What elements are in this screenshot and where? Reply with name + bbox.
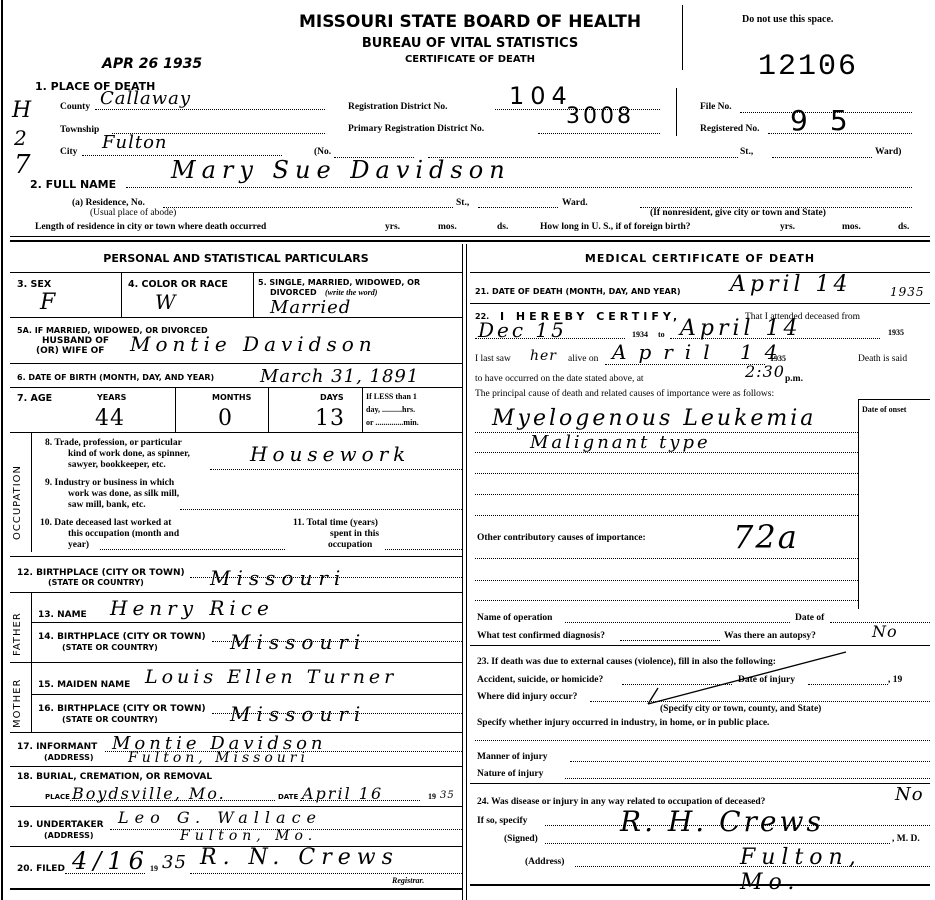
age-years-label: YEARS <box>97 393 126 402</box>
header-divider-lower <box>676 88 677 136</box>
other-cause-line-2[interactable] <box>475 580 858 581</box>
color-divider <box>253 272 254 317</box>
color-label: 4. COLOR OR RACE <box>128 279 228 290</box>
father-birthplace-label: 14. BIRTHPLACE (CITY OR TOWN) <box>38 632 206 642</box>
signed-field[interactable] <box>545 843 890 844</box>
cause-line-3[interactable] <box>475 473 858 474</box>
row-rule-22 <box>470 645 930 646</box>
informant-address-value[interactable]: Fulton, Missouri <box>128 750 309 766</box>
row-rule-13 <box>31 622 462 623</box>
date-onset-box <box>858 399 930 609</box>
medical-rule <box>470 272 930 273</box>
burial-year-value: 35 <box>440 790 455 801</box>
primary-registration-district-field[interactable]: 3008 <box>538 112 660 134</box>
cause-line-1-value: Myelogenous Leukemia <box>492 406 816 431</box>
filed-date-value[interactable]: 4/16 <box>72 847 150 875</box>
birthplace-value: Missouri <box>210 566 346 590</box>
age-months-label: MONTHS <box>212 393 251 402</box>
margin-note-1: H <box>12 98 32 123</box>
registered-no-label: Registered No. <box>700 124 759 134</box>
foreign-ds-label: ds. <box>898 222 909 232</box>
mother-side-label: MOTHER <box>12 666 23 728</box>
father-side-label: FATHER <box>12 598 23 656</box>
mother-side-divider <box>31 662 32 732</box>
date-of-death-value[interactable]: April 14 <box>730 272 852 297</box>
do-not-use-note: Do not use this space. <box>742 14 833 25</box>
occurred-label: to have occurred on the date stated abov… <box>475 374 644 384</box>
registrar-signature: R. N. Crews <box>200 845 399 870</box>
registered-no-field[interactable]: 95 <box>768 112 912 134</box>
physician-address: Fulton, Mo. <box>740 845 935 895</box>
burial-place-value[interactable]: Boydsville, Mo. <box>72 784 226 803</box>
residence-label: (a) Residence, No. <box>72 198 145 208</box>
age-days-value[interactable]: 13 <box>315 406 345 431</box>
last-saw-date-field[interactable] <box>605 364 765 365</box>
less-than-min: or ..............min. <box>366 418 419 427</box>
foreign-mos-label: mos. <box>842 222 861 232</box>
length-residence-label: Length of residence in city or town wher… <box>35 222 266 232</box>
manner-field[interactable] <box>570 761 930 762</box>
spouse-label-3: (OR) WIFE OF <box>36 346 104 356</box>
received-stamp: APR 26 1935 <box>102 56 202 72</box>
county-label: County <box>60 102 90 112</box>
street-st-label: St., <box>740 147 753 157</box>
residence-st-label: St., <box>456 198 469 208</box>
marital-value[interactable]: Married <box>270 297 351 318</box>
specify-label: Specify whether injury occurred in indus… <box>477 718 769 728</box>
sex-divider <box>121 272 122 317</box>
sex-label: 3. SEX <box>17 279 51 290</box>
city-label: City <box>60 147 77 157</box>
date-of-death-year[interactable]: 1935 <box>890 285 925 299</box>
father-name-value[interactable]: Henry Rice <box>110 596 274 620</box>
total-time-label-2: spent in this <box>330 529 379 539</box>
age-divider-3 <box>362 387 363 432</box>
personal-rule <box>10 272 462 273</box>
row-rule-15 <box>31 694 462 695</box>
birthplace-sublabel: (STATE OR COUNTRY) <box>48 578 144 587</box>
father-birthplace-value: Missouri <box>230 630 366 654</box>
nonresident-note: (If nonresident, give city or town and S… <box>650 208 826 218</box>
age-years-value[interactable]: 44 <box>95 406 125 431</box>
date-onset-label: Date of onset <box>862 405 906 414</box>
mother-maiden-value[interactable]: Louis Ellen Turner <box>145 666 397 688</box>
attended-to-year[interactable]: 1935 <box>888 328 904 337</box>
spouse-label-2: HUSBAND OF <box>42 336 109 346</box>
row-rule-occupation <box>10 556 462 557</box>
foreign-birth-label: How long in U. S., if of foreign birth? <box>540 222 691 232</box>
death-said-label: Death is said <box>858 354 907 364</box>
residence-ward-field[interactable] <box>478 207 558 208</box>
filed-label: 20. FILED <box>17 864 65 874</box>
cause-line-5[interactable] <box>475 515 858 516</box>
primary-registration-district-label: Primary Registration District No. <box>348 124 484 134</box>
residence-field[interactable] <box>163 207 453 208</box>
marital-note: (write the word) <box>325 288 377 297</box>
file-no-label: File No. <box>700 102 732 112</box>
header-rule-2 <box>10 240 930 242</box>
bottom-rule-left <box>10 888 462 890</box>
where-label: Where did injury occur? <box>477 692 577 702</box>
margin-note-3: 7 <box>14 150 32 180</box>
mother-maiden-label: 15. MAIDEN NAME <box>38 680 130 690</box>
signed-label: (Signed) <box>504 834 538 844</box>
trade-label-2: kind of work done, as spinner, <box>68 449 190 459</box>
time-suffix: p.m. <box>785 374 803 384</box>
registered-no-value: 95 <box>790 104 870 137</box>
last-saw-date-value[interactable]: April 14 <box>612 340 789 364</box>
autopsy-value[interactable]: No <box>872 622 898 641</box>
row-rule-6 <box>10 387 462 388</box>
other-cause-line-3[interactable] <box>475 600 858 601</box>
full-name-field[interactable]: Mary Sue Davidson <box>126 164 912 188</box>
row-rule-7 <box>10 432 462 433</box>
occupation-side-divider <box>31 432 32 552</box>
less-than-hrs: day, ..........hrs. <box>366 405 415 414</box>
mother-birthplace-value: Missouri <box>230 702 366 726</box>
residence-yrs-label: yrs. <box>385 222 400 232</box>
burial-place-label: PLACE <box>45 793 70 801</box>
autopsy-label: Was there an autopsy? <box>724 631 816 641</box>
center-divider-2 <box>466 244 467 900</box>
burial-date-label: DATE <box>278 793 298 801</box>
full-name-value: Mary Sue Davidson <box>171 156 511 184</box>
ward-label: Ward) <box>875 147 901 157</box>
total-time-label-1: 11. Total time (years) <box>293 518 378 528</box>
father-name-label: 13. NAME <box>38 610 87 620</box>
cause-line-4[interactable] <box>475 494 858 495</box>
alive-on-label: alive on <box>568 354 598 364</box>
left-border <box>1 0 3 900</box>
city-value: Fulton <box>102 132 168 153</box>
physician-signature: R. H. Crews <box>620 805 824 838</box>
operation-date-label: Date of <box>795 613 824 623</box>
total-time-field[interactable] <box>385 549 462 550</box>
header-rule-1 <box>10 236 930 237</box>
margin-note-2: 2 <box>14 126 28 150</box>
registration-district-label: Registration District No. <box>348 102 447 112</box>
form-title: MISSOURI STATE BOARD OF HEALTH <box>270 12 670 32</box>
filed-year-value[interactable]: 35 <box>162 852 187 873</box>
total-time-label-3: occupation <box>328 540 372 550</box>
father-birthplace-sublabel: (STATE OR COUNTRY) <box>62 643 158 652</box>
date-of-death-label: 21. DATE OF DEATH (MONTH, DAY, AND YEAR) <box>475 287 681 296</box>
industry-label-3: saw mill, bank, etc. <box>68 500 146 510</box>
center-divider-1 <box>462 244 463 900</box>
industry-label-2: work was done, as silk mill, <box>68 489 179 499</box>
undertaker-address-value[interactable]: Fulton, Mo. <box>180 828 317 844</box>
sex-value[interactable]: F <box>40 290 56 315</box>
burial-date-value[interactable]: April 16 <box>302 784 383 803</box>
last-worked-label-3: year) <box>68 540 89 550</box>
test-field[interactable] <box>620 640 720 641</box>
registrar-field[interactable] <box>190 873 462 874</box>
marital-label-2: DIVORCED <box>270 288 317 297</box>
registration-district-value: 104 <box>509 82 573 110</box>
foreign-yrs-label: yrs. <box>780 222 795 232</box>
row-rule-5a <box>10 363 462 364</box>
last-worked-label-1: 10. Date deceased last worked at <box>40 518 171 528</box>
age-divider-2 <box>268 387 269 432</box>
industry-field[interactable] <box>180 509 462 510</box>
city-field[interactable]: Fulton <box>82 138 282 156</box>
if-so-label: If so, specify <box>477 816 527 826</box>
filed-year-prefix: 19 <box>150 864 158 873</box>
attended-from-year[interactable]: 1934 <box>632 330 648 339</box>
full-name-label: 2. FULL NAME <box>30 178 116 191</box>
address-label: (Address) <box>525 857 564 867</box>
other-causes-value[interactable]: 72a <box>733 518 799 556</box>
cause-line-2-value: Malignant type <box>530 432 711 453</box>
accident-label: Accident, suicide, or homicide? <box>477 675 603 685</box>
residence-mos-label: mos. <box>438 222 457 232</box>
age-months-value[interactable]: 0 <box>218 406 233 431</box>
last-saw-pronoun[interactable]: her <box>530 348 557 364</box>
informant-label: 17. INFORMANT <box>17 742 97 752</box>
row-rule-21 <box>470 303 930 304</box>
last-saw-label: I last saw <box>475 354 511 364</box>
medical-section-title: MEDICAL CERTIFICATE OF DEATH <box>470 252 930 265</box>
injury-year-prefix: , 19 <box>888 675 902 685</box>
specify-field[interactable] <box>475 740 930 741</box>
personal-section-title: PERSONAL AND STATISTICAL PARTICULARS <box>10 252 462 265</box>
last-worked-label-2: this occupation (month and <box>68 529 179 539</box>
registrar-label: Registrar. <box>392 876 424 885</box>
trade-field[interactable] <box>210 469 462 470</box>
manner-label: Manner of injury <box>477 752 548 762</box>
primary-registration-district-value: 3008 <box>566 104 634 129</box>
strike-through-arrow-icon <box>640 648 850 708</box>
occupation-related-value[interactable]: No <box>895 784 924 805</box>
residence-ward-label: Ward. <box>562 198 588 208</box>
trade-value: Housework <box>250 442 410 466</box>
nature-label: Nature of injury <box>477 769 543 779</box>
undertaker-value[interactable]: Leo G. Wallace <box>118 808 322 827</box>
row-rule-12 <box>10 592 462 593</box>
last-worked-field[interactable] <box>100 549 285 550</box>
row-rule-17 <box>10 766 462 767</box>
form-name: CERTIFICATE OF DEATH <box>270 54 670 65</box>
industry-label-1: 9. Industry or business in which <box>45 478 174 488</box>
trade-label-1: 8. Trade, profession, or particular <box>45 438 182 448</box>
trade-label-3: sawyer, bookkeeper, etc. <box>68 460 166 470</box>
father-side-divider <box>31 592 32 662</box>
age-label: 7. AGE <box>17 393 52 404</box>
row-rule-18 <box>10 806 462 807</box>
mother-birthplace-label: 16. BIRTHPLACE (CITY OR TOWN) <box>38 704 206 714</box>
form-subtitle: BUREAU OF VITAL STATISTICS <box>270 36 670 51</box>
md-label: , M. D. <box>892 834 920 844</box>
attended-to-label: to <box>658 330 665 339</box>
test-label: What test confirmed diagnosis? <box>477 631 605 641</box>
dob-value[interactable]: March 31, 1891 <box>260 366 419 387</box>
header-divider <box>682 5 683 70</box>
county-field[interactable]: Callaway <box>95 92 325 110</box>
dob-label: 6. DATE OF BIRTH (MONTH, DAY, AND YEAR) <box>17 373 214 382</box>
burial-label: 18. BURIAL, CREMATION, OR REMOVAL <box>17 772 212 782</box>
undertaker-label: 19. UNDERTAKER <box>17 820 104 830</box>
other-cause-line-1[interactable] <box>475 558 858 559</box>
birthplace-label: 12. BIRTHPLACE (CITY OR TOWN) <box>17 568 185 578</box>
row-rule-23 <box>470 783 930 784</box>
marital-label: 5. SINGLE, MARRIED, WIDOWED, OR <box>258 278 420 287</box>
less-than-label: If LESS than 1 <box>366 392 417 401</box>
row-rule-14 <box>10 662 462 663</box>
spouse-value[interactable]: Montie Davidson <box>130 332 377 356</box>
operation-field[interactable] <box>565 622 790 623</box>
ward-field[interactable] <box>772 157 872 158</box>
nature-field[interactable] <box>565 778 930 779</box>
age-divider-1 <box>175 387 176 432</box>
occupation-side-label: OCCUPATION <box>12 450 23 540</box>
row-rule-3 <box>10 317 462 318</box>
time-value[interactable]: 2:30 <box>745 362 785 381</box>
county-value: Callaway <box>100 88 191 109</box>
state-file-number: 12106 <box>758 50 858 84</box>
attended-from-value[interactable]: Dec 15 <box>478 318 567 342</box>
operation-label: Name of operation <box>477 613 552 623</box>
bottom-rule-right <box>470 884 930 886</box>
residence-ds-label: ds. <box>497 222 508 232</box>
other-causes-label: Other contributory causes of importance: <box>477 533 646 543</box>
burial-year-prefix: 19 <box>428 792 436 801</box>
attended-to-value[interactable]: April 14 <box>680 316 802 341</box>
informant-address-label: (ADDRESS) <box>44 753 94 762</box>
mother-birthplace-sublabel: (STATE OR COUNTRY) <box>62 715 158 724</box>
color-value[interactable]: W <box>155 290 177 314</box>
residence-sublabel: (Usual place of abode) <box>90 208 176 218</box>
undertaker-address-label: (ADDRESS) <box>44 831 94 840</box>
age-days-label: DAYS <box>320 393 344 402</box>
principal-cause-label: The principal cause of death and related… <box>475 389 774 399</box>
township-label: Township <box>60 125 99 135</box>
